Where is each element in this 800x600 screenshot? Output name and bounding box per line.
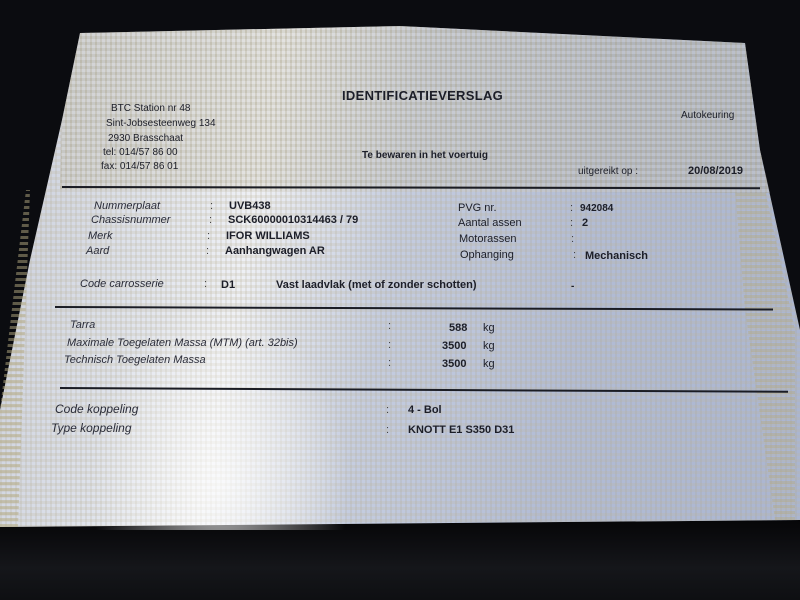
value-body-description: Vast laadvlak (met of zonder schotten) bbox=[276, 279, 477, 291]
value-tarra: 588 bbox=[449, 322, 467, 334]
colon: : bbox=[570, 217, 573, 229]
issuer-address: Sint-Jobsesteenweg 134 bbox=[106, 118, 216, 129]
label-merk: Merk bbox=[88, 230, 112, 242]
value-type-koppeling: KNOTT E1 S350 D31 bbox=[408, 424, 514, 436]
value-nummerplaat: UVB438 bbox=[229, 200, 271, 212]
colon: : bbox=[209, 214, 212, 226]
label-code-carrosserie: Code carrosserie bbox=[80, 278, 164, 290]
value-code-carrosserie: D1 bbox=[221, 279, 235, 291]
colon: : bbox=[386, 424, 389, 436]
value-pvg: 942084 bbox=[580, 203, 613, 214]
colon: : bbox=[570, 202, 573, 214]
unit-ttm: kg bbox=[483, 358, 495, 370]
colon: : bbox=[386, 404, 389, 416]
value-chassisnummer: SCK60000010314463 / 79 bbox=[228, 214, 358, 226]
issuer-city: 2930 Brasschaat bbox=[108, 133, 183, 144]
label-aard: Aard bbox=[86, 245, 109, 257]
label-aantal-assen: Aantal assen bbox=[458, 217, 522, 229]
notice-text: Te bewaren in het voertuig bbox=[362, 150, 488, 161]
value-ttm: 3500 bbox=[442, 358, 466, 370]
value-aard: Aanhangwagen AR bbox=[225, 245, 325, 257]
background-surface bbox=[0, 520, 800, 600]
colon: : bbox=[206, 245, 209, 257]
colon: : bbox=[204, 278, 207, 290]
label-pvg: PVG nr. bbox=[458, 202, 497, 214]
colon: : bbox=[388, 339, 391, 351]
value-code-koppeling: 4 - Bol bbox=[408, 404, 442, 416]
unit-tarra: kg bbox=[483, 322, 495, 334]
label-mtm: Maximale Toegelaten Massa (MTM) (art. 32… bbox=[67, 337, 298, 349]
issuer-station: BTC Station nr 48 bbox=[111, 103, 190, 114]
label-nummerplaat: Nummerplaat bbox=[94, 200, 160, 212]
label-chassisnummer: Chassisnummer bbox=[91, 214, 170, 226]
colon: : bbox=[388, 357, 391, 369]
colon: : bbox=[388, 320, 391, 332]
issuer-tel: tel: 014/57 86 00 bbox=[103, 147, 178, 158]
colon: : bbox=[210, 200, 213, 212]
issuer-fax: fax: 014/57 86 01 bbox=[101, 161, 178, 172]
label-ttm: Technisch Toegelaten Massa bbox=[64, 354, 206, 366]
issued-date: 20/08/2019 bbox=[688, 165, 743, 177]
label-type-koppeling: Type koppeling bbox=[51, 421, 132, 435]
label-ophanging: Ophanging bbox=[460, 249, 514, 261]
document-title: IDENTIFICATIEVERSLAG bbox=[342, 88, 503, 103]
org-name: Autokeuring bbox=[681, 110, 734, 121]
colon: : bbox=[571, 233, 574, 245]
colon: : bbox=[573, 249, 576, 261]
value-mtm: 3500 bbox=[442, 340, 466, 352]
value-aantal-assen: 2 bbox=[582, 217, 588, 229]
label-motorassen: Motorassen bbox=[459, 233, 516, 245]
value-body-extra: - bbox=[571, 281, 574, 292]
value-ophanging: Mechanisch bbox=[585, 250, 648, 262]
label-code-koppeling: Code koppeling bbox=[55, 402, 138, 416]
unit-mtm: kg bbox=[483, 340, 495, 352]
colon: : bbox=[207, 230, 210, 242]
value-merk: IFOR WILLIAMS bbox=[226, 230, 310, 242]
label-tarra: Tarra bbox=[70, 319, 95, 331]
issued-label: uitgereikt op : bbox=[578, 166, 638, 177]
